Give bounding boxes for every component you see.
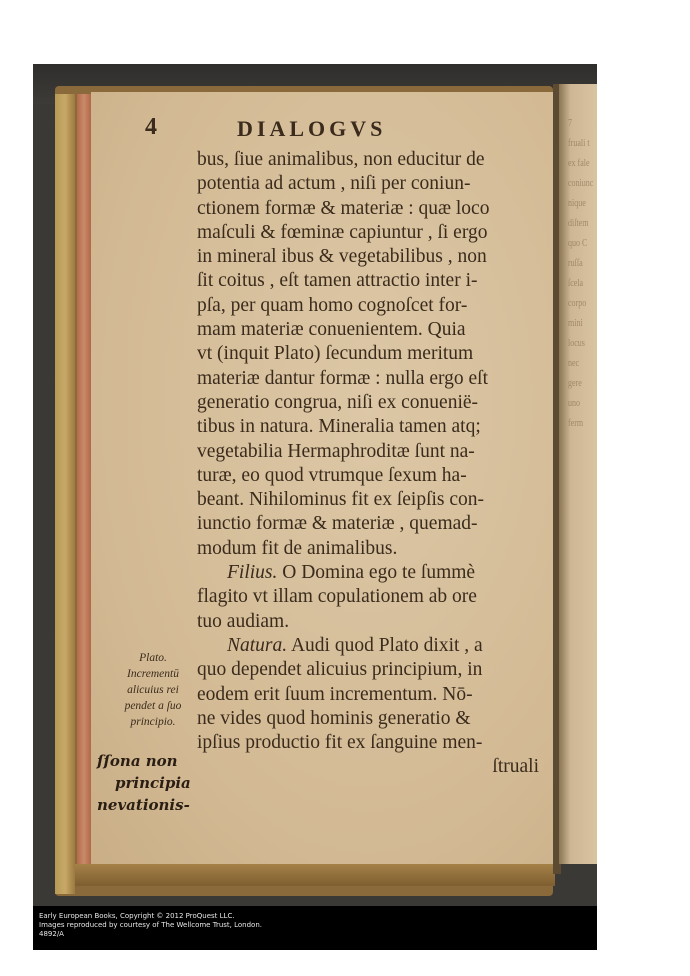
- text-line: iunctio formæ & materiæ , quemad-: [197, 512, 547, 536]
- line-text: mam materiæ conuenientem. Quia: [197, 319, 466, 340]
- line-text: tibus in natura. Mineralia tamen atq;: [197, 416, 481, 437]
- line-text: O Domina ego te ſummè: [277, 562, 475, 583]
- running-title: DIALOGVS: [237, 116, 386, 142]
- text-line: modum fit de animalibus.: [197, 537, 547, 561]
- text-line: Filius. O Domina ego te ſummè: [197, 561, 547, 585]
- line-text: vt (inquit Plato) ſecundum meritum: [197, 343, 473, 364]
- text-line: Natura. Audi quod Plato dixit , a: [197, 634, 547, 658]
- marginal-note: Plato.Incrementūalicuius reipendet a ſuo…: [107, 650, 199, 730]
- text-line: ne vides quod hominis generatio &: [197, 707, 547, 731]
- facing-line: ſcela: [568, 274, 592, 294]
- facing-line: nec: [568, 354, 592, 374]
- text-line: ſtruali: [197, 755, 547, 779]
- text-line: ipſius productio fit ex ſanguine men-: [197, 731, 547, 755]
- facing-line: ruſſa: [568, 254, 592, 274]
- line-text: ne vides quod hominis generatio &: [197, 708, 471, 729]
- text-line: quo dependet alicuius principium, in: [197, 658, 547, 682]
- facing-line: uno: [568, 394, 592, 414]
- credit-line-2: Images reproduced by courtesy of The Wel…: [39, 921, 597, 930]
- line-text: ſit coitus , eſt tamen attractio inter i…: [197, 270, 478, 291]
- bottom-cover-edge: [75, 864, 555, 886]
- line-text: bus, ſiue animalibus, non educitur de: [197, 149, 485, 170]
- text-line: in mineral ibus & vegetabilibus , non: [197, 245, 547, 269]
- facing-line: gere: [568, 374, 592, 394]
- line-text: ctionem formæ & materiæ : quæ loco: [197, 198, 489, 219]
- line-text: Audi quod Plato dixit , a: [287, 635, 483, 656]
- handwritten-line: principia: [97, 772, 217, 794]
- facing-line: ferm: [568, 414, 592, 434]
- text-line: ctionem formæ & materiæ : quæ loco: [197, 197, 547, 221]
- book-scan: 7fruali tex faleconiuncniquediſtemquo Cr…: [33, 64, 597, 906]
- text-line: vt (inquit Plato) ſecundum meritum: [197, 342, 547, 366]
- line-text: iunctio formæ & materiæ , quemad-: [197, 513, 478, 534]
- line-text: flagito vt illam copulationem ab ore: [197, 586, 477, 607]
- page-number: 4: [145, 114, 157, 141]
- text-line: eodem erit ſuum incrementum. Nō-: [197, 683, 547, 707]
- page-header: 4 DIALOGVS: [145, 112, 485, 142]
- facing-page-text: 7fruali tex faleconiuncniquediſtemquo Cr…: [568, 114, 592, 434]
- speaker-label: Filius.: [227, 562, 277, 583]
- line-text: generatio congrua, niſi ex conuenië-: [197, 392, 478, 413]
- line-text: ſtruali: [492, 756, 539, 777]
- text-line: ſit coitus , eſt tamen attractio inter i…: [197, 269, 547, 293]
- line-text: beant. Nihilominus fit ex ſeipſis con-: [197, 489, 484, 510]
- facing-line: corpo: [568, 294, 592, 314]
- facing-line: diſtem: [568, 214, 592, 234]
- text-line: materiæ dantur formæ : nulla ergo eſt: [197, 367, 547, 391]
- marginal-line: Incrementū: [107, 666, 199, 682]
- text-line: flagito vt illam copulationem ab ore: [197, 585, 547, 609]
- text-line: potentia ad actum , niſi per coniun-: [197, 172, 547, 196]
- text-line: tuo audiam.: [197, 610, 547, 634]
- text-line: vegetabilia Hermaphroditæ ſunt na-: [197, 440, 547, 464]
- line-text: tuo audiam.: [197, 611, 289, 632]
- speaker-label: Natura.: [227, 635, 287, 656]
- facing-line: locus: [568, 334, 592, 354]
- line-text: quo dependet alicuius principium, in: [197, 659, 482, 680]
- marginal-line: Plato.: [107, 650, 199, 666]
- facing-line: quo C: [568, 234, 592, 254]
- handwritten-line: nevationis-: [97, 794, 217, 816]
- line-text: pſa, per quam homo cognoſcet for-: [197, 295, 467, 316]
- text-line: bus, ſiue animalibus, non educitur de: [197, 148, 547, 172]
- cover-edge: [55, 94, 75, 894]
- line-text: eodem erit ſuum incrementum. Nō-: [197, 684, 473, 705]
- text-line: beant. Nihilominus fit ex ſeipſis con-: [197, 488, 547, 512]
- facing-line: 7: [568, 114, 592, 134]
- facing-line: mini: [568, 314, 592, 334]
- text-line: turæ, eo quod vtrumque ſexum ha-: [197, 464, 547, 488]
- text-line: mam materiæ conuenientem. Quia: [197, 318, 547, 342]
- marginal-line: principio.: [107, 714, 199, 730]
- marginal-line: pendet a ſuo: [107, 698, 199, 714]
- page-edge-red: [77, 94, 91, 884]
- line-text: in mineral ibus & vegetabilibus , non: [197, 246, 487, 267]
- body-text: bus, ſiue animalibus, non educitur depot…: [197, 148, 547, 780]
- facing-line: fruali t: [568, 134, 592, 154]
- facing-line: nique: [568, 194, 592, 214]
- handwritten-line: ſſona non: [97, 750, 217, 772]
- handwritten-annotation: ſſona nonprincipianevationis-: [97, 750, 217, 816]
- line-text: turæ, eo quod vtrumque ſexum ha-: [197, 465, 467, 486]
- credit-line-3: 4892/A: [39, 930, 597, 939]
- text-line: pſa, per quam homo cognoſcet for-: [197, 294, 547, 318]
- line-text: potentia ad actum , niſi per coniun-: [197, 173, 470, 194]
- line-text: ipſius productio fit ex ſanguine men-: [197, 732, 482, 753]
- credit-line-1: Early European Books, Copyright © 2012 P…: [39, 912, 597, 921]
- text-line: tibus in natura. Mineralia tamen atq;: [197, 415, 547, 439]
- line-text: materiæ dantur formæ : nulla ergo eſt: [197, 368, 488, 389]
- marginal-line: alicuius rei: [107, 682, 199, 698]
- facing-line: coniunc: [568, 174, 592, 194]
- line-text: maſculi & fœminæ capiuntur , ſi ergo: [197, 222, 487, 243]
- line-text: modum fit de animalibus.: [197, 538, 397, 559]
- credit-footer: Early European Books, Copyright © 2012 P…: [33, 906, 597, 950]
- facing-line: ex fale: [568, 154, 592, 174]
- line-text: vegetabilia Hermaphroditæ ſunt na-: [197, 441, 475, 462]
- text-line: maſculi & fœminæ capiuntur , ſi ergo: [197, 221, 547, 245]
- text-line: generatio congrua, niſi ex conuenië-: [197, 391, 547, 415]
